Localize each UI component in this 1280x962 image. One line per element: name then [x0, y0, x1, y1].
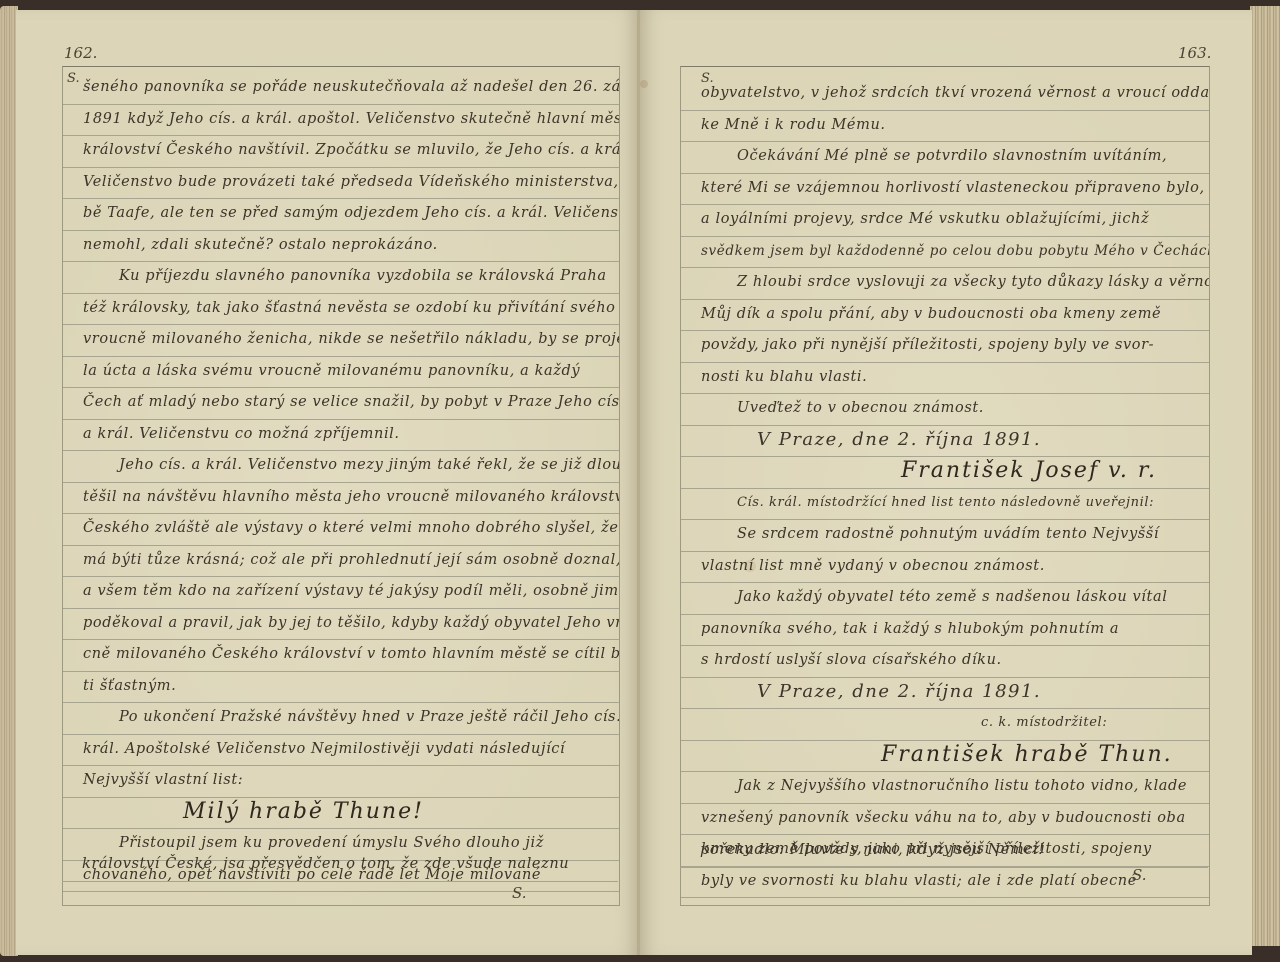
text-line: Cís. král. místodržící hned list tento n… — [681, 489, 1209, 521]
text-line: vznešený panovník všecku váhu na to, aby… — [681, 804, 1209, 836]
text-line: Veličenstvo bude provázeti také předseda… — [63, 168, 619, 200]
text-line: ke Mně i k rodu Mému. — [681, 111, 1209, 143]
text-line: Z hloubi srdce vyslovuji za všecky tyto … — [681, 268, 1209, 300]
text-line: nemohl, zdali skutečně? ostalo neprokázá… — [63, 231, 619, 263]
text-line: které Mi se vzájemnou horlivostí vlasten… — [681, 174, 1209, 206]
text-line: Můj dík a spolu přání, aby v budoucnosti… — [681, 300, 1209, 332]
ink-stain — [640, 80, 648, 88]
right-bottom-mark: S. — [1132, 866, 1147, 884]
text-line: Uveďtež to v obecnou známost. — [681, 394, 1209, 426]
text-line: Nejvyšší vlastní list: — [63, 766, 619, 798]
letter-salutation: Milý hrabě Thune! — [63, 798, 619, 830]
text-line: má býti tůze krásná; což ale při prohled… — [63, 546, 619, 578]
text-line: Očekávání Mé plně se potvrdilo slavnostn… — [681, 142, 1209, 174]
text-line: Ku příjezdu slavného panovníka vyzdobila… — [63, 262, 619, 294]
text-line: s hrdostí uslyší slova císařského díku. — [681, 646, 1209, 678]
text-line: těšil na návštěvu hlavního města jeho vr… — [63, 483, 619, 515]
text-line: Se srdcem radostně pohnutým uvádím tento… — [681, 520, 1209, 552]
text-line: ti šťastným. — [63, 672, 619, 704]
text-line: království Českého navštívil. Zpočátku s… — [63, 136, 619, 168]
left-page-ruled-frame: S. šeného panovníka se pořáde neuskutečň… — [62, 66, 620, 906]
text-line: svědkem jsem byl každodenně po celou dob… — [681, 237, 1209, 269]
text-line: a loyálními projevy, srdce Mé vskutku ob… — [681, 205, 1209, 237]
text-line: šeného panovníka se pořáde neuskutečňova… — [63, 73, 619, 105]
left-bottom-mark: S. — [512, 884, 527, 902]
right-page-ruled-frame: S. obyvatelstvo, v jehož srdcích tkví vr… — [680, 66, 1210, 906]
text-line: 1891 když Jeho cís. a král. apoštol. Vel… — [63, 105, 619, 137]
text-line: též královsky, tak jako šťastná nevěsta … — [63, 294, 619, 326]
text-line: obyvatelstvo, v jehož srdcích tkví vroze… — [681, 79, 1209, 111]
text-line: Českého zvláště ale výstavy o které velm… — [63, 514, 619, 546]
text-line: vlastní list mně vydaný v obecnou známos… — [681, 552, 1209, 584]
text-line: bě Taafe, ale ten se před samým odjezdem… — [63, 199, 619, 231]
text-line: Po ukončení Pražské návštěvy hned v Praz… — [63, 703, 619, 735]
left-page-number: 162. — [64, 44, 97, 62]
text-line: Čech ať mladý nebo starý se velice snaži… — [63, 388, 619, 420]
signature-governor: František hrabě Thun. — [681, 741, 1209, 773]
text-line: Jako každý obyvatel této země s nadšenou… — [681, 583, 1209, 615]
open-book: 162. 163. S. šeného panovníka se pořáde … — [0, 0, 1280, 962]
text-line: nosti ku blahu vlasti. — [681, 363, 1209, 395]
text-line: král. Apoštolské Veličenstvo Nejmilostiv… — [63, 735, 619, 767]
text-line: byly ve svornosti ku blahu vlasti; ale i… — [681, 867, 1209, 899]
signature-emperor: František Josef v. r. — [681, 457, 1209, 489]
text-line: Jeho cís. a král. Veličenstvo mezy jiným… — [63, 451, 619, 483]
date-line: V Praze, dne 2. října 1891. — [681, 678, 1209, 710]
governor-title: c. k. místodržitel: — [681, 709, 1209, 741]
text-line: království České, jsa přesvědčen o tom, … — [62, 850, 618, 882]
text-line: a všem těm kdo na zařízení výstavy té ja… — [63, 577, 619, 609]
text-line: panovníka svého, tak i každý s hlubokým … — [681, 615, 1209, 647]
text-line — [63, 892, 619, 906]
text-line: a král. Veličenstvu co možná zpříjemnil. — [63, 420, 619, 452]
text-line: poděkoval a pravil, jak by jej to těšilo… — [63, 609, 619, 641]
text-line: la úcta a láska svému vroucně milovanému… — [63, 357, 619, 389]
text-line: cně milovaného Českého království v tomt… — [63, 640, 619, 672]
right-page-number: 163. — [1178, 44, 1211, 62]
text-line: pořekadlo: Mluvte s nimi, když jsou Němc… — [680, 836, 1208, 868]
text-line: Jak z Nejvyššího vlastnoručního listu to… — [681, 772, 1209, 804]
text-line: povždy, jako při nynější příležitosti, s… — [681, 331, 1209, 363]
page-edges-right — [1250, 6, 1280, 946]
date-line: V Praze, dne 2. října 1891. — [681, 426, 1209, 458]
text-line: vroucně milovaného ženicha, nikde se neš… — [63, 325, 619, 357]
